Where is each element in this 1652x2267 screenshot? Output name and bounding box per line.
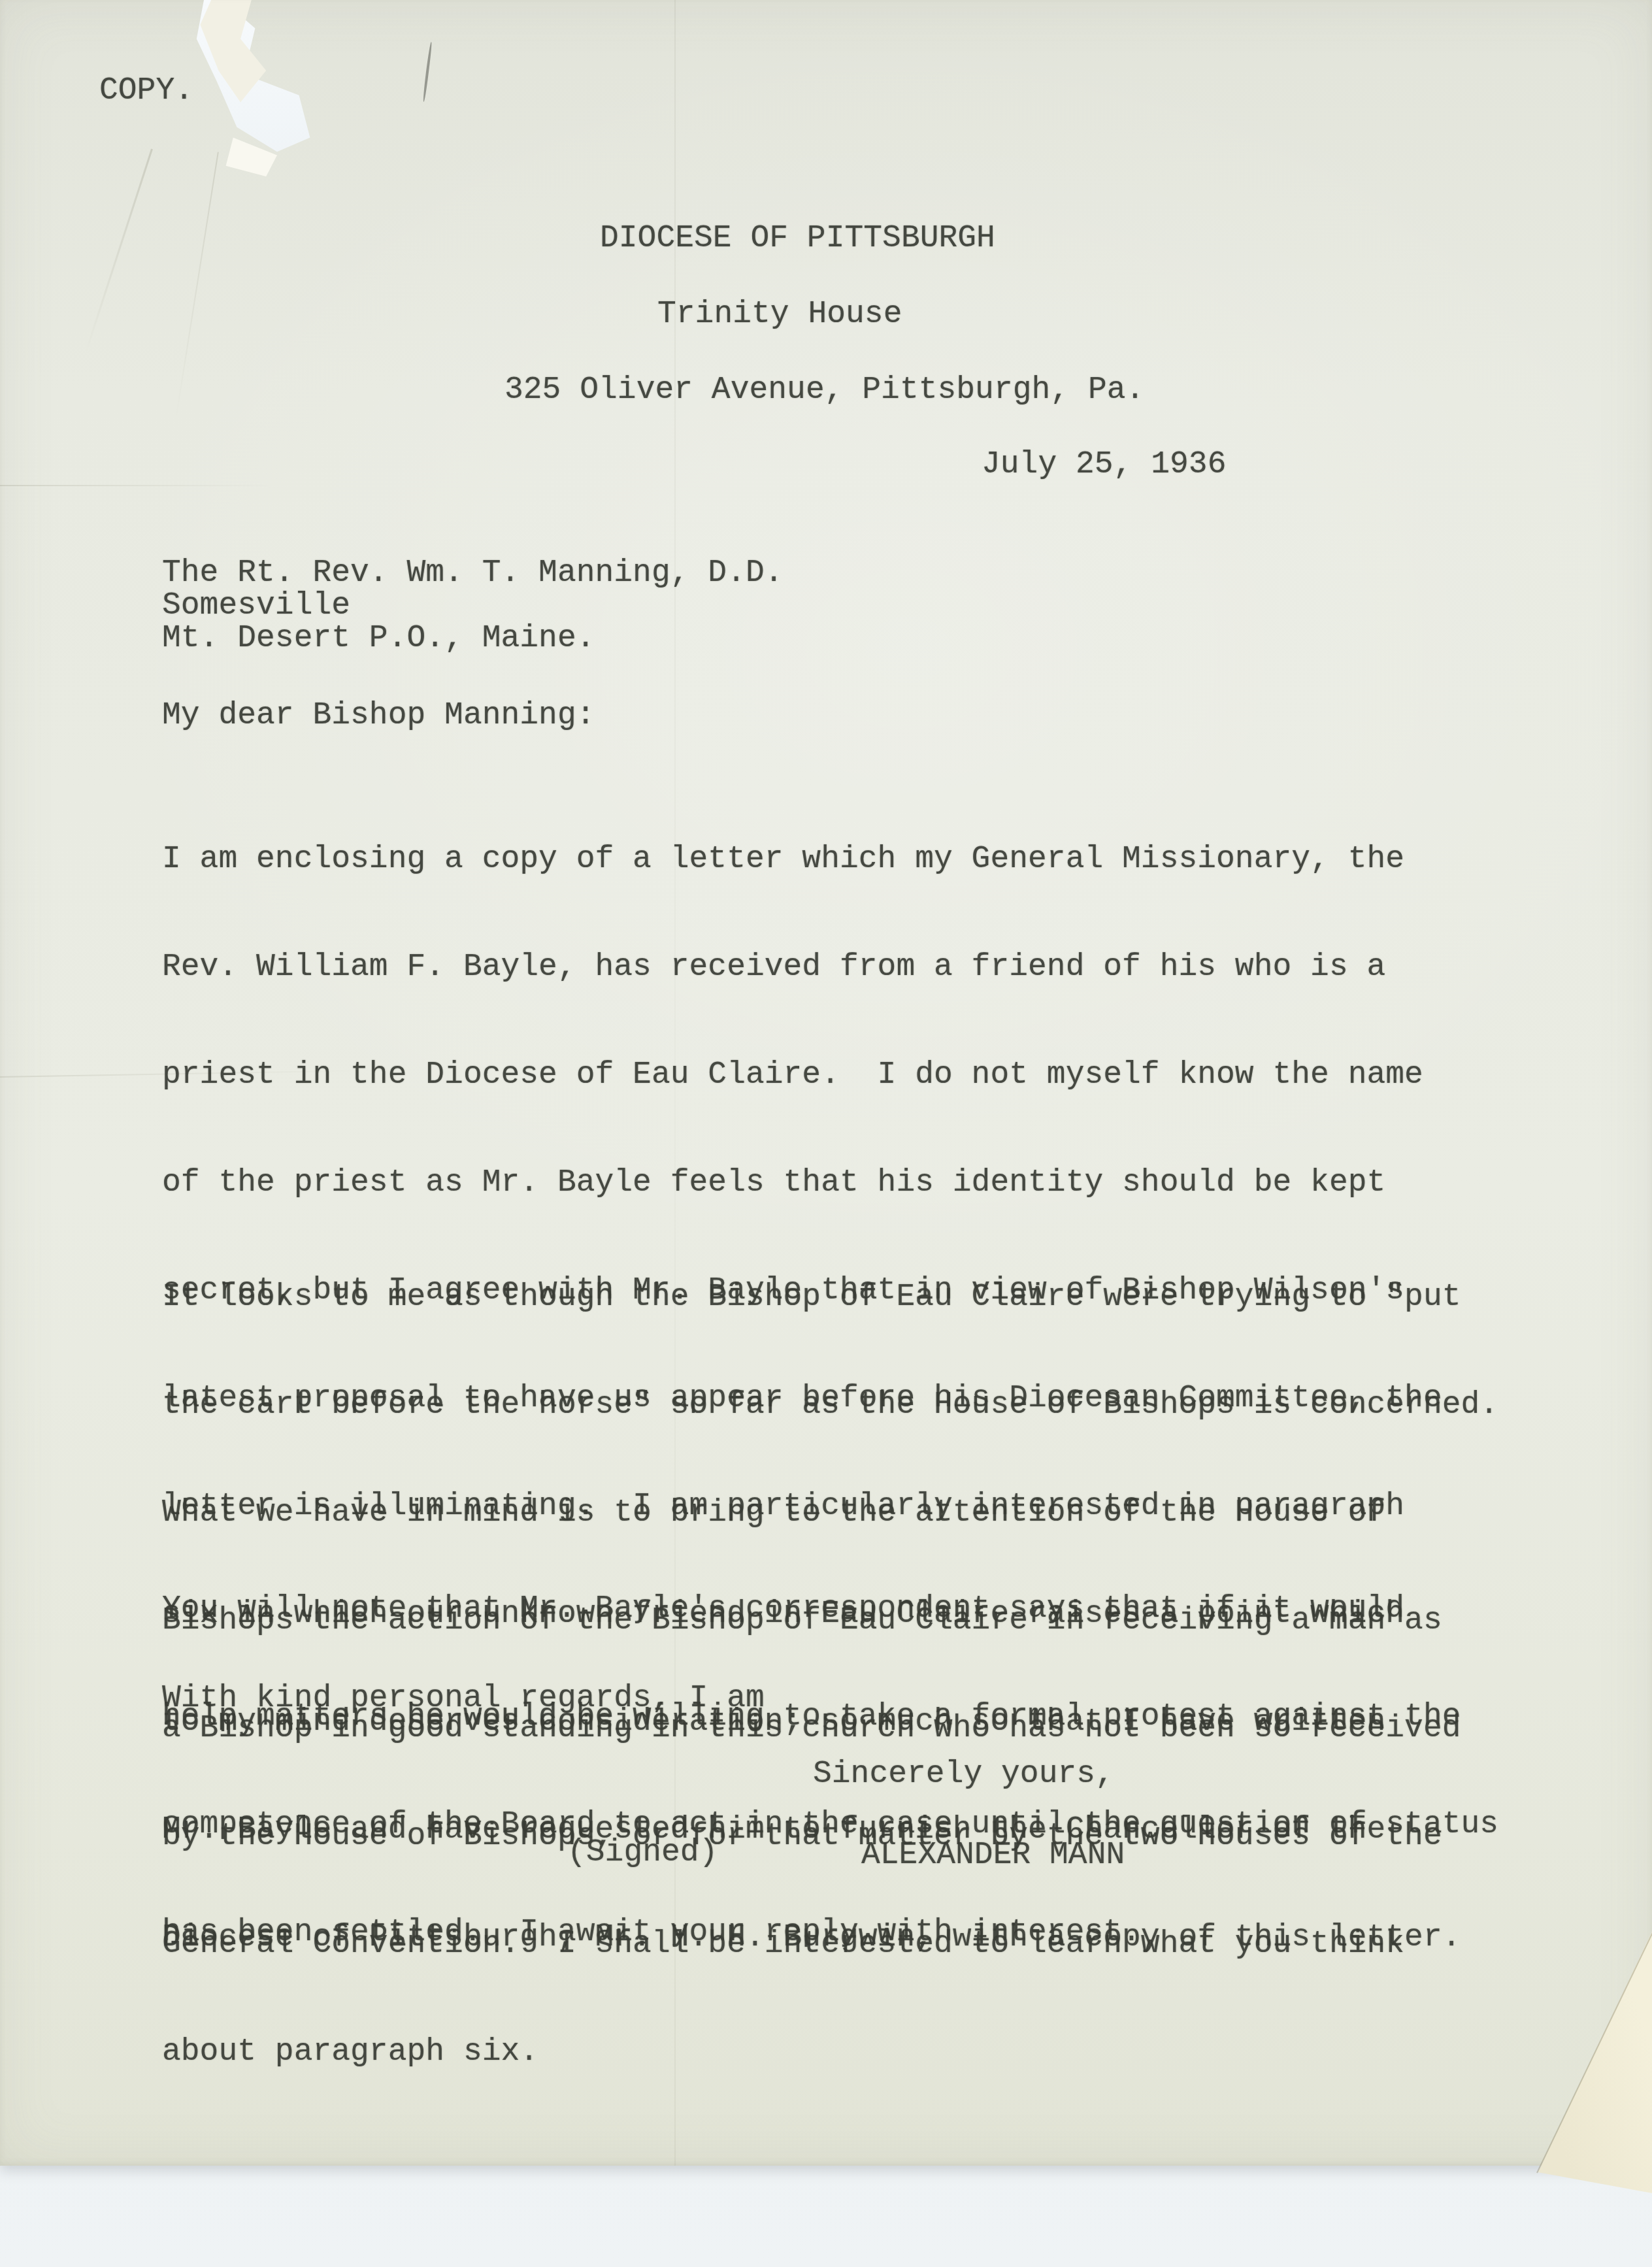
letterhead-building: Trinity House [657,297,902,333]
horizontal-crease-upper [0,485,274,486]
paragraph-3-line: You will note that Mr. Bayle's correspon… [162,1591,1498,1627]
diagonal-crease-1 [84,149,153,355]
recipient-locality: Somesville [162,589,350,622]
recipient-address: Mt. Desert P.O., Maine. [162,622,595,655]
paragraph-1-line: priest in the Diocese of Eau Claire. I d… [162,1057,1461,1093]
copy-label: COPY. [99,73,193,109]
paragraph-2-line: about paragraph six. [162,2034,1498,2070]
stray-pen-mark [422,42,432,102]
valediction: Sincerely yours, [813,1757,1114,1793]
letter-date: July 25, 1936 [982,447,1226,483]
letterhead-organization: DIOCESE OF PITTSBURGH [600,221,995,257]
paragraph-2-line: the cart before the horse" so far as the… [162,1387,1498,1423]
letterhead-address: 325 Oliver Avenue, Pittsburgh, Pa. [504,372,1144,408]
paragraph-1-line: Rev. William F. Bayle, has received from… [162,950,1461,985]
salutation: My dear Bishop Manning: [162,698,595,734]
letter-paper: COPY. DIOCESE OF PITTSBURGH Trinity Hous… [0,0,1652,2166]
paragraph-3-line: has been settled. I await your reply wit… [162,1915,1498,1951]
scanned-letter: COPY. DIOCESE OF PITTSBURGH Trinity Hous… [0,0,1652,2267]
diagonal-crease-2 [174,152,219,423]
paragraph-2-line: It looks to me as though the Bishop of E… [162,1280,1498,1316]
paragraph-1-line: of the priest as Mr. Bayle feels that hi… [162,1165,1461,1201]
paragraph-1-line: I am enclosing a copy of a letter which … [162,842,1461,878]
recipient-name: The Rt. Rev. Wm. T. Manning, D.D. [162,557,784,589]
paragraph-3-line: competence of the Board to act in the ca… [162,1807,1498,1843]
signature-name: ALEXANDER MANN [861,1838,1125,1874]
closing-regards: With kind personal regards, I am [162,1681,765,1717]
signed-label: (Signed) [567,1835,718,1871]
